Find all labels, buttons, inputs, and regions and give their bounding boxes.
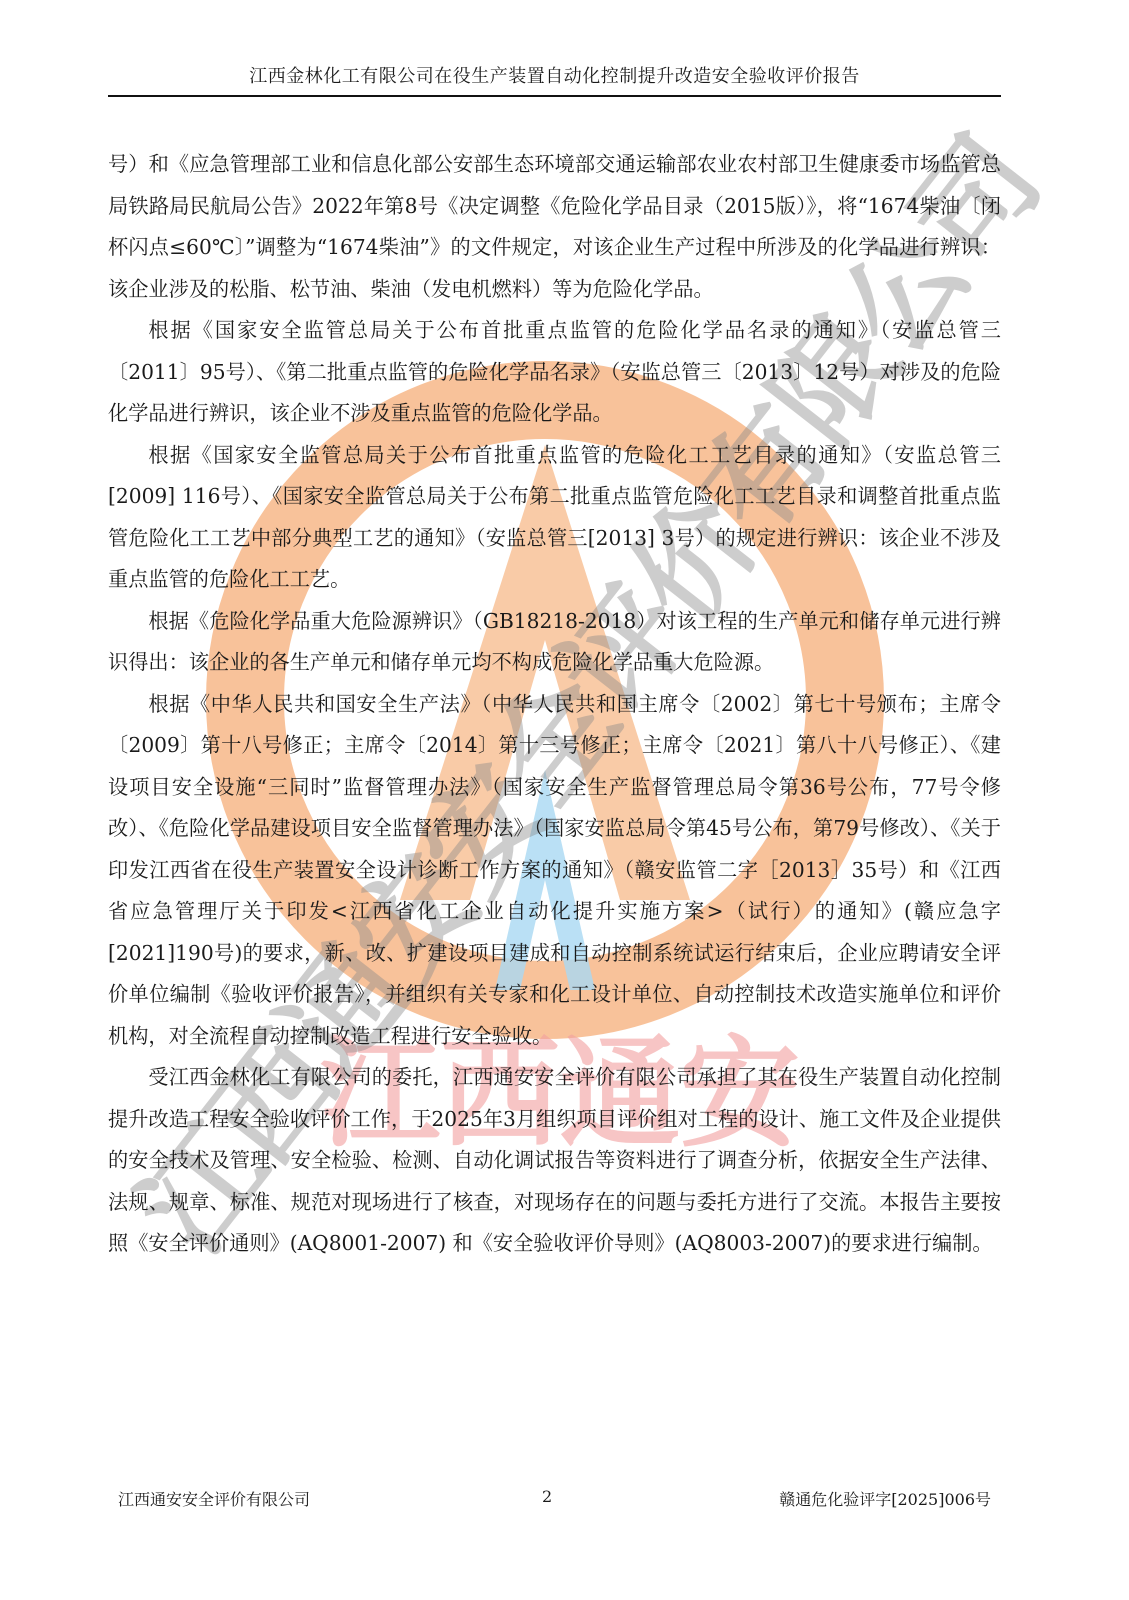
paragraph-chemical-identification: 号）和《应急管理部工业和信息化部公安部生态环境部交通运输部农业农村部卫生健康委市… bbox=[108, 144, 1001, 310]
page-header: 江西金林化工有限公司在役生产装置自动化控制提升改造安全验收评价报告 bbox=[108, 62, 1001, 88]
footer-company: 江西通安安全评价有限公司 bbox=[118, 1487, 310, 1510]
report-title: 江西金林化工有限公司在役生产装置自动化控制提升改造安全验收评价报告 bbox=[249, 66, 860, 87]
document-number: 赣通危化验评字[2025]006号 bbox=[779, 1487, 991, 1510]
paragraph-major-hazard-sources: 根据《危险化学品重大危险源辨识》（GB18218-2018）对该工程的生产单元和… bbox=[108, 601, 1001, 684]
paragraph-hazardous-processes: 根据《国家安全监管总局关于公布首批重点监管的危险化工工艺目录的通知》（安监总管三… bbox=[108, 435, 1001, 601]
page-number: 2 bbox=[542, 1487, 552, 1506]
paragraph-legal-basis: 根据《中华人民共和国安全生产法》（中华人民共和国主席令〔2002〕第七十号颁布；… bbox=[108, 684, 1001, 1058]
header-divider bbox=[108, 95, 1001, 97]
document-body: 号）和《应急管理部工业和信息化部公安部生态环境部交通运输部农业农村部卫生健康委市… bbox=[108, 144, 1001, 1265]
paragraph-commission: 受江西金林化工有限公司的委托，江西通安安全评价有限公司承担了其在役生产装置自动化… bbox=[108, 1057, 1001, 1265]
paragraph-key-chemicals: 根据《国家安全监管总局关于公布首批重点监管的危险化学品名录的通知》（安监总管三〔… bbox=[108, 310, 1001, 435]
